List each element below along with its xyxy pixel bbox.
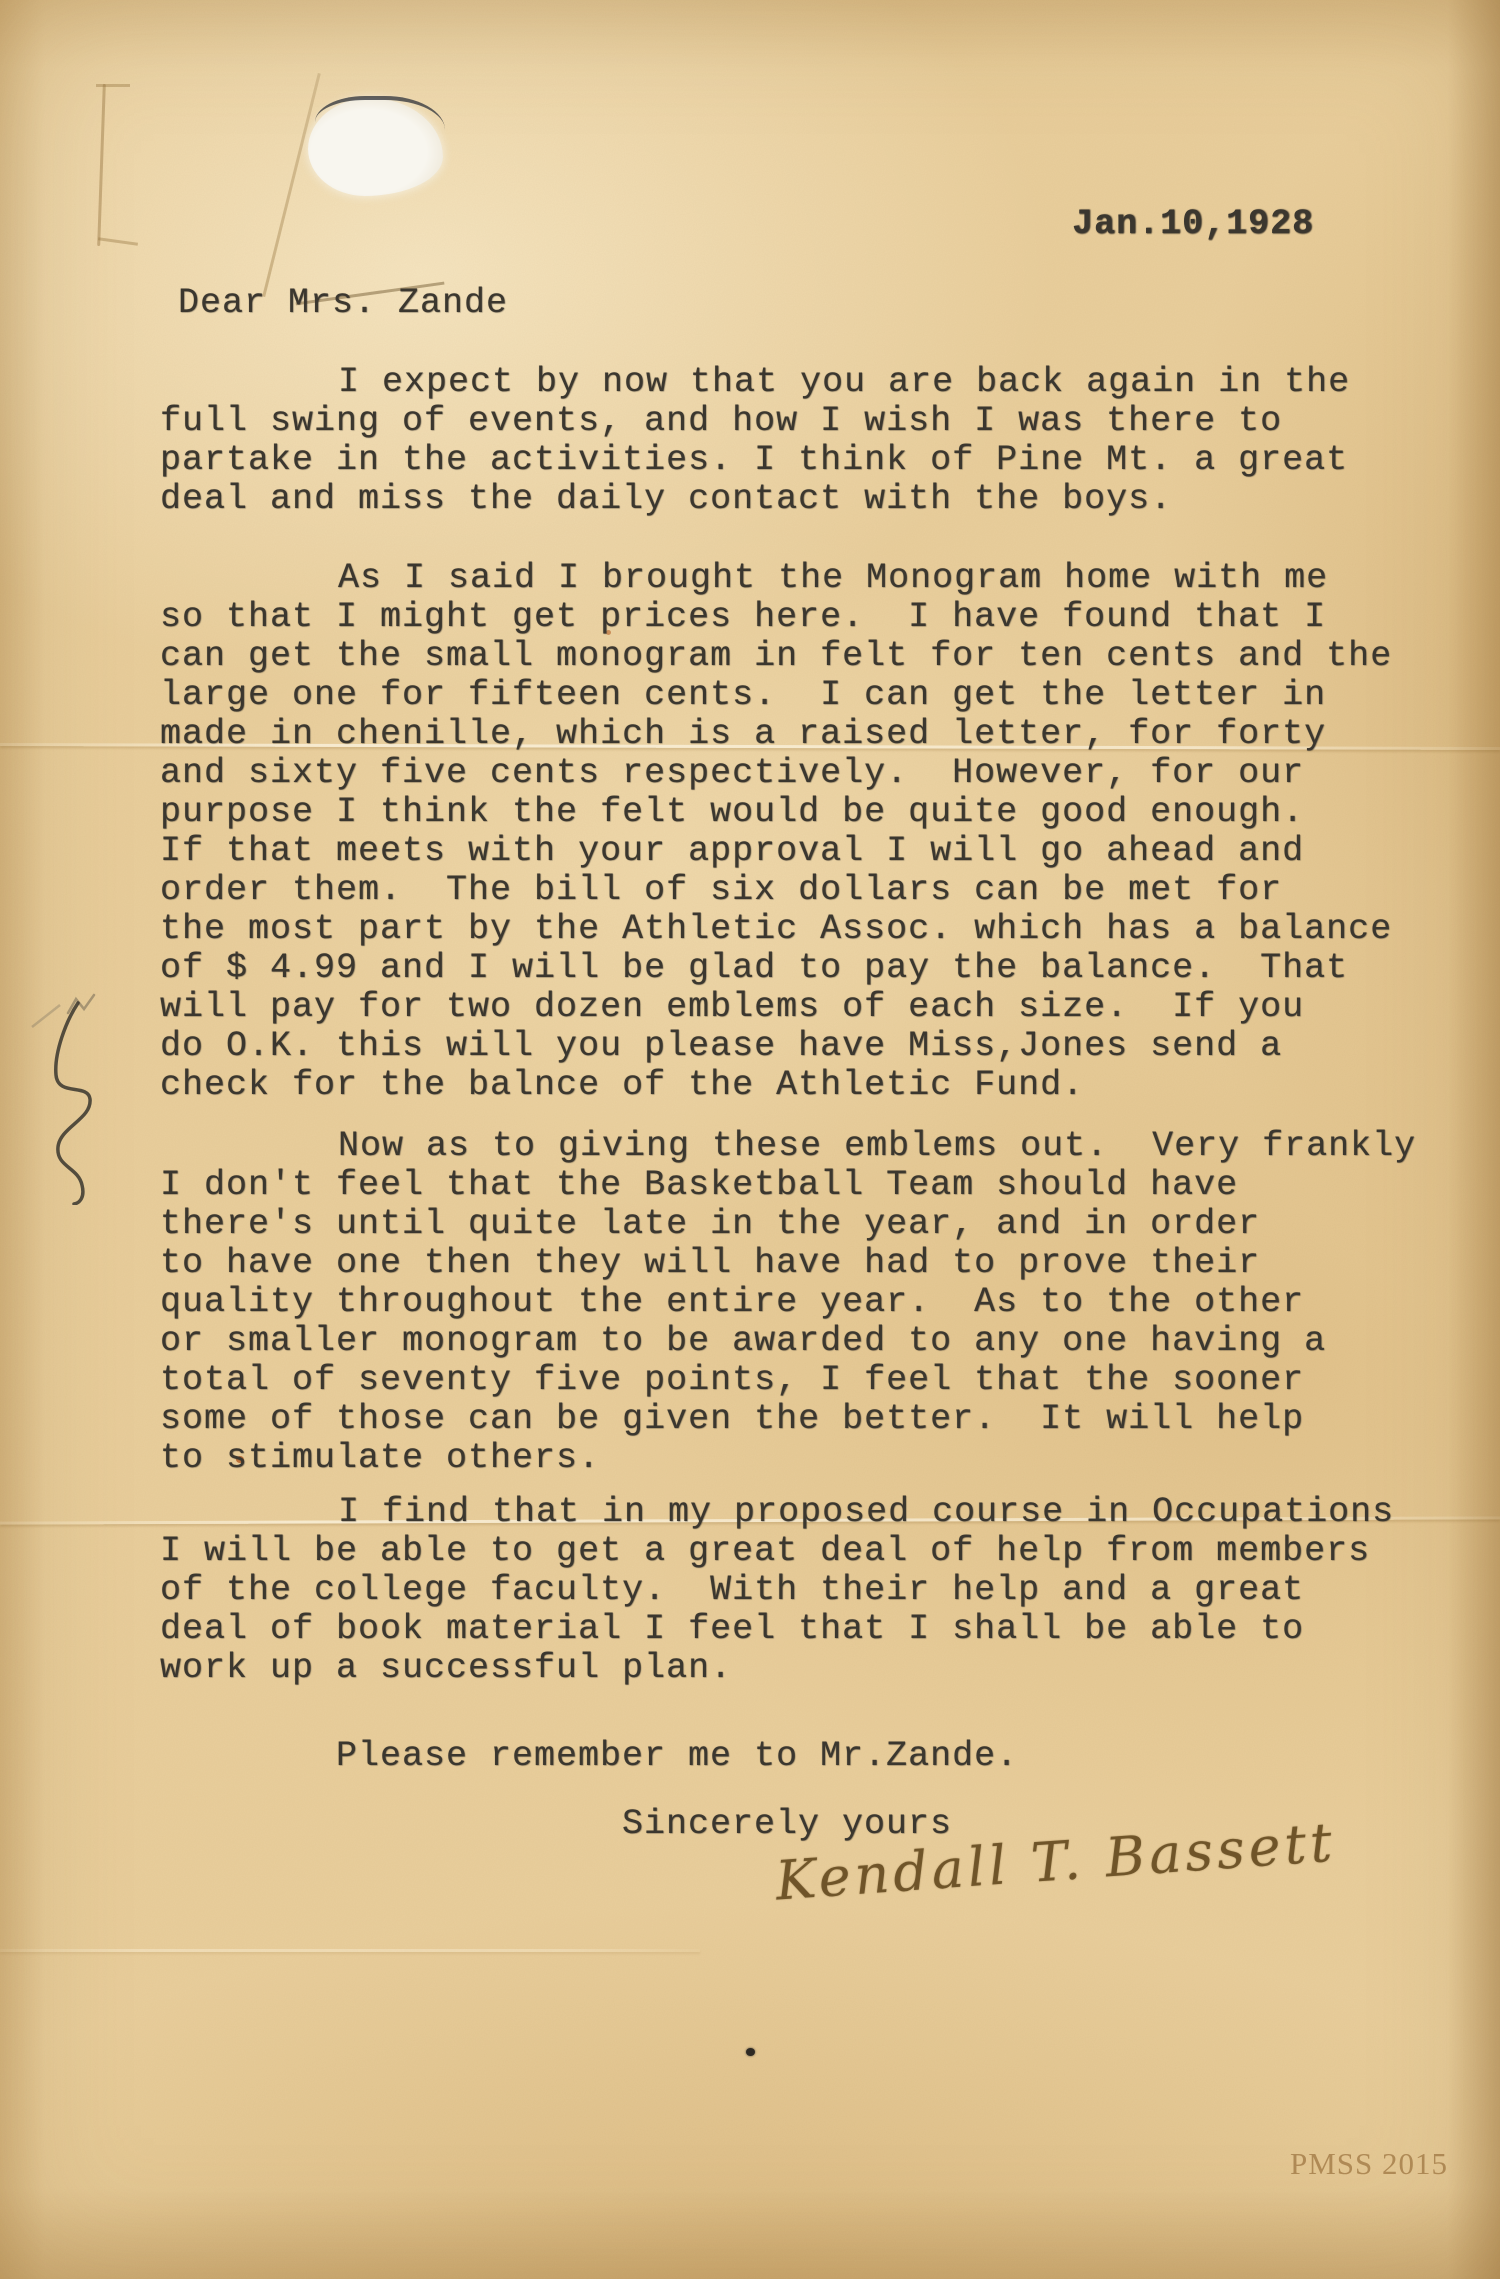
corner-crease-mark: [98, 237, 138, 246]
corner-crease-mark: [96, 84, 130, 87]
letter-paragraph-4: I find that in my proposed course in Occ…: [160, 1493, 1394, 1688]
corner-crease-mark: [262, 73, 321, 297]
letter-closing-request: Please remember me to Mr.Zande.: [336, 1737, 1018, 1776]
pencil-squiggle-margin-mark: [30, 975, 170, 1205]
archive-watermark: PMSS 2015: [1290, 2146, 1448, 2182]
letter-paragraph-1: I expect by now that you are back again …: [160, 363, 1350, 519]
horizontal-fold-crease: [0, 1949, 700, 1952]
letter-paragraph-2: As I said I brought the Monogram home wi…: [160, 559, 1392, 1105]
letter-page: Jan.10,1928 Dear Mrs. Zande I expect by …: [0, 0, 1500, 2279]
letter-date: Jan.10,1928: [1072, 205, 1314, 244]
letter-valediction: Sincerely yours: [622, 1805, 952, 1844]
corner-crease-mark: [97, 84, 106, 246]
ink-spot: [746, 2048, 755, 2056]
tape-residue-shadow-edge: [315, 96, 445, 130]
letter-paragraph-3: Now as to giving these emblems out. Very…: [160, 1127, 1416, 1478]
letter-salutation: Dear Mrs. Zande: [178, 284, 508, 323]
